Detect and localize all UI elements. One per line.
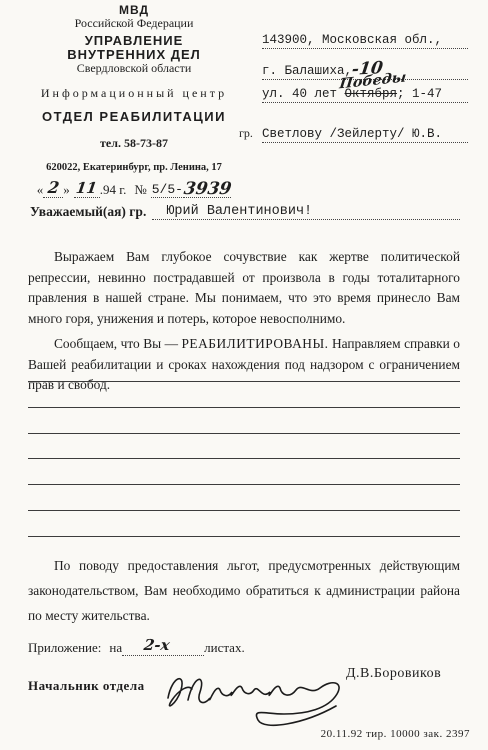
ref-month-handwritten: 11 xyxy=(75,181,98,196)
print-imprint: 20.11.92 тир. 10000 зак. 2397 xyxy=(321,728,470,740)
recipient-street-prefix: ул. 40 лет xyxy=(262,87,345,101)
recipient-name-line: Светлову /Зейлерту/ Ю.В. xyxy=(262,126,468,143)
attachment-suffix: листах. xyxy=(204,640,245,656)
recipient-gr-label: гр. xyxy=(239,126,253,141)
ruled-lines xyxy=(28,381,460,562)
issuer-phone: тел. 58-73-87 xyxy=(8,136,260,151)
body-paragraph-3: По поводу предоставления льгот, предусмо… xyxy=(28,553,460,628)
recipient-postal-line: 143900, Московская обл., xyxy=(262,32,468,49)
attachment-line: Приложение: на 2-х листах. xyxy=(28,632,245,656)
quote-close: » xyxy=(63,182,70,198)
body-paragraph-1: Выражаем Вам глубокое сочувствие как жер… xyxy=(28,247,460,329)
ref-year-typed: .94 г. xyxy=(100,182,127,198)
issuer-directorate-2: ВНУТРЕННИХ ДЕЛ xyxy=(8,48,260,62)
ruled-line xyxy=(28,381,460,382)
ref-date-number-line: « 2 » 11 .94 г. № 5/5- 3939 xyxy=(8,174,260,198)
ruled-line xyxy=(28,433,460,434)
ruled-line xyxy=(28,458,460,459)
issuer-directorate-1: УПРАВЛЕНИЕ xyxy=(8,34,260,48)
p2-prefix: Сообщаем, что Вы — xyxy=(54,336,181,351)
issuer-department-name: ОТДЕЛ РЕАБИЛИТАЦИИ xyxy=(8,109,260,124)
issuer-region: Свердловской области xyxy=(8,62,260,75)
signoff-title: Начальник отдела xyxy=(28,678,145,694)
rehabilitated-emphasis: РЕАБИЛИТИРОВАНЫ. xyxy=(181,336,328,351)
signature-scrawl xyxy=(158,656,368,734)
ruled-line xyxy=(28,536,460,537)
attachment-preposition: на xyxy=(109,640,122,656)
ruled-line xyxy=(28,407,460,408)
issuer-center-name: Информационный центр xyxy=(8,86,260,101)
ref-day-handwritten: 2 xyxy=(47,180,60,196)
recipient-street-line: Победы ул. 40 лет Октября; 1-47 xyxy=(262,86,468,103)
ref-number-typed: 5/5- xyxy=(151,182,184,198)
greeting-label: Уважаемый(ая) гр. xyxy=(30,204,146,220)
ref-number-sign: № xyxy=(134,182,146,198)
signoff-name: Д.В.Боровиков xyxy=(346,666,441,682)
greeting-name-typed: Юрий Валентинович! xyxy=(152,204,460,220)
recipient-city-typed: г. Балашиха, xyxy=(262,64,352,78)
recipient-street-suffix: ; 1-47 xyxy=(397,87,442,101)
issuer-block: МВД Российской Федерации УПРАВЛЕНИЕ ВНУТ… xyxy=(8,4,260,198)
attachment-count-handwritten: 2-х xyxy=(143,636,171,654)
attachment-dotted-blank: 2-х xyxy=(122,637,204,656)
ruled-line xyxy=(28,484,460,485)
ref-number-handwritten: 3939 xyxy=(183,181,233,197)
signature-row: Начальник отдела Д.В.Боровиков xyxy=(28,662,460,732)
body-text: Выражаем Вам глубокое сочувствие как жер… xyxy=(28,247,460,396)
attachment-label: Приложение: xyxy=(28,640,101,656)
issuer-address: 620022, Екатеринбург, пр. Ленина, 17 xyxy=(8,162,260,173)
scanned-letter-page: МВД Российской Федерации УПРАВЛЕНИЕ ВНУТ… xyxy=(0,0,488,750)
ruled-line xyxy=(28,510,460,511)
issuer-org-country: Российской Федерации xyxy=(8,17,260,30)
body-paragraph-3-wrap: По поводу предоставления льгот, предусмо… xyxy=(28,553,460,628)
greeting-line: Уважаемый(ая) гр. Юрий Валентинович! xyxy=(30,204,460,220)
